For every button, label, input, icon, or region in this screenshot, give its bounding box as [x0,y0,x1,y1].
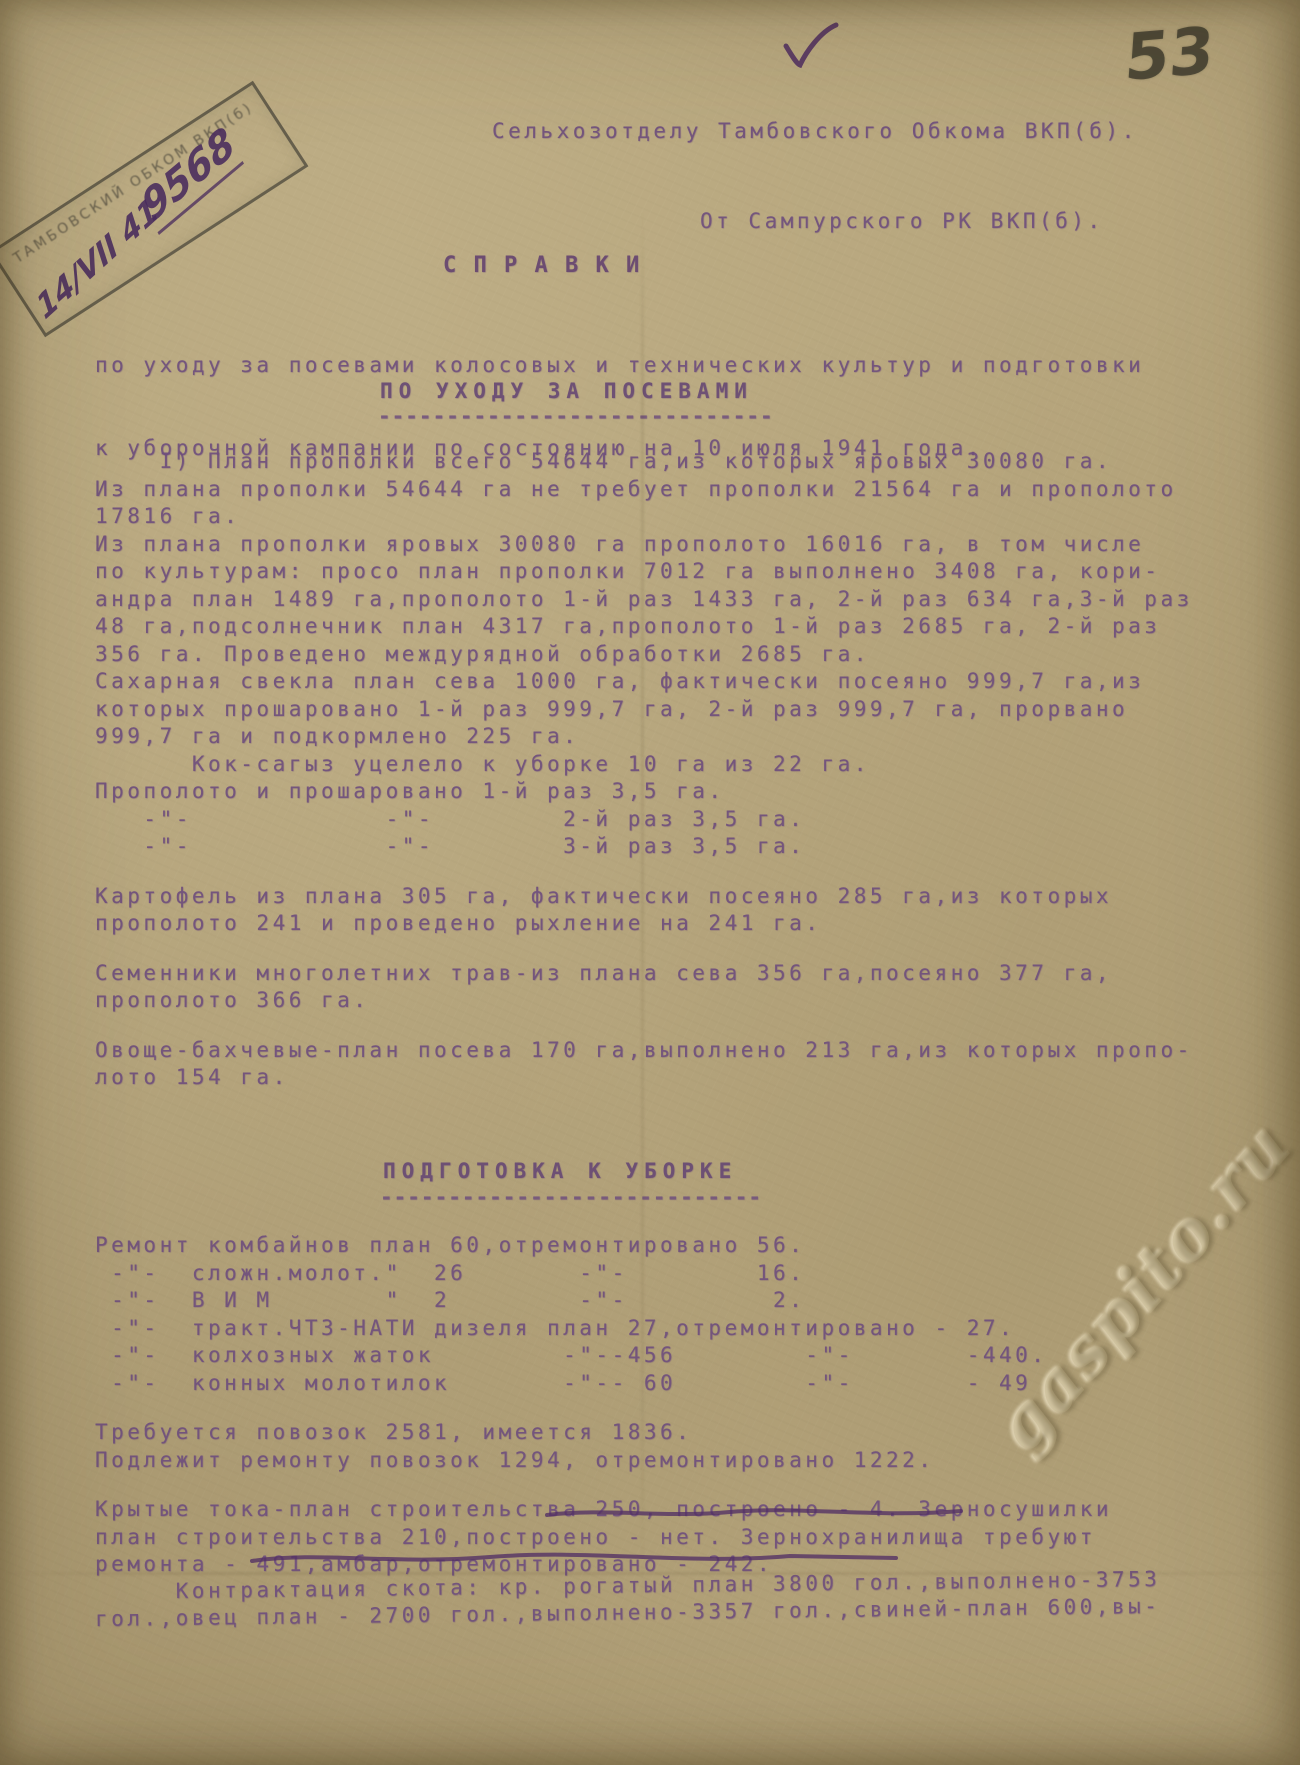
document-title: С П Р А В К И [443,252,641,280]
text-line: Подлежит ремонту повозок 1294, отремонти… [95,1447,1160,1475]
text-line: Ремонт комбайнов план 60,отремонтировано… [95,1232,1160,1260]
text-line: -"- В И М " 2 -"- 2. [95,1287,1160,1315]
ink-underline [250,1545,900,1575]
subject-line: по уходу за посевами колосовых и техниче… [95,352,1144,380]
document-page: 53 ТАМБОВСКИЙ ОБКОМ ВКП(б) 9568 14/VII 4… [0,0,1300,1765]
section-underline: ---------------------------- [380,1184,762,1212]
recipient-line: Сельхозотделу Тамбовского Обкома ВКП(б). [492,118,1138,146]
paper-crease [641,210,644,1610]
section-heading: ПОДГОТОВКА К УБОРКЕ [383,1158,737,1186]
text-line: -"- тракт.ЧТЗ-НАТИ дизеля план 27,отремо… [95,1315,1160,1343]
checkmark-icon [780,20,844,80]
folio-number: 53 [1123,14,1217,97]
section-underline: ----------------------------- [378,403,774,431]
sender-line: От Сампурского РК ВКП(б). [700,208,1104,236]
text-line: -"- колхозных жаток -"--456 -"- -440. [95,1342,1160,1370]
section-heading: ПО УХОДУ ЗА ПОСЕВАМИ [380,378,753,406]
text-line: -"- сложн.молот." 26 -"- 16. [95,1260,1160,1288]
ink-underline [545,1503,965,1527]
